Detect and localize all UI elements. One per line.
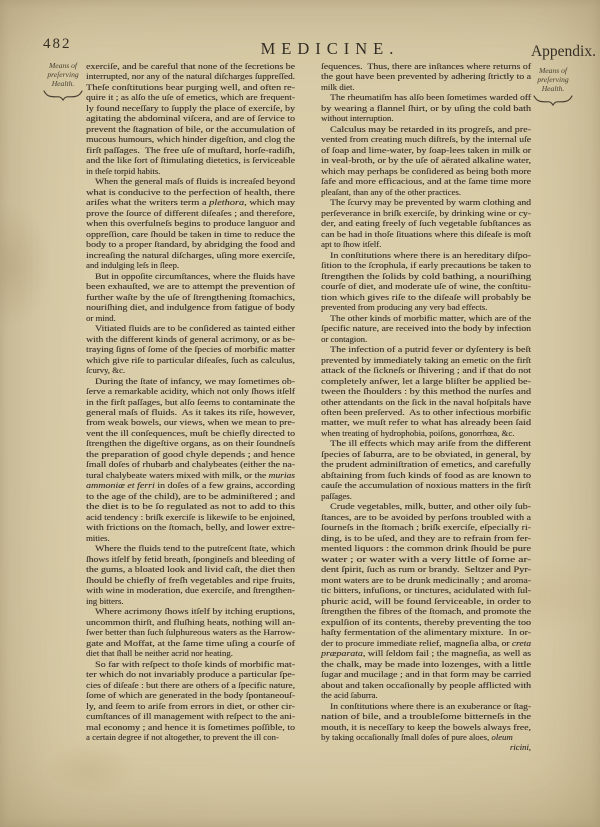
text-line: haſty fermentation of the alimentary mix… (321, 627, 531, 637)
text-line: in veal-broth, or by the uſe of aërated … (321, 155, 531, 165)
text-line: ſtrengthen the ſolids by cold bathing, a… (321, 271, 531, 281)
text-line: phuric acid, will be found ſerviceable, … (321, 596, 531, 606)
text-line: agitating the abdominal viſcera, and are… (86, 113, 295, 123)
text-line: the gums, a bloated look and livid caſt,… (86, 564, 295, 574)
text-line: which give riſe to particular diſeaſes, … (86, 355, 295, 365)
text-line: ſtrengthen the fibres of the ſtomach, an… (321, 606, 531, 616)
text-line: cauſe the accumulation of noxious matter… (321, 480, 531, 490)
text-line: the chalk, may be made into lozenges, wi… (321, 659, 531, 669)
text-line: from weak bowels, our views, when we mea… (86, 417, 295, 427)
text-line: ter which do not invariably produce a pa… (86, 669, 295, 679)
text-line: expulſion of its contents, thereby preve… (321, 617, 531, 627)
text-line: traying ſigns of ſome of the ſpecies of … (86, 344, 295, 354)
text-line: without interruption. (321, 113, 531, 123)
text-line: der to procure immediate relief, magneſi… (321, 638, 531, 648)
text-line: been exhauſted, we are to attempt the pr… (86, 281, 295, 291)
text-line: firſt paſſages. The free uſe of muſtard,… (86, 145, 295, 155)
text-line: During the ſtate of infancy, we may ſome… (86, 376, 295, 386)
margin-note-line: Health. (39, 80, 87, 89)
text-line: acid tendency : briſk exerciſe is likewi… (86, 512, 295, 522)
text-line: ſugar and mucilage ; and in that form ma… (321, 669, 531, 679)
text-line: paſſages. (321, 491, 531, 501)
text-line: ariſes what the writers term a plethora,… (86, 197, 295, 207)
text-line: tion which gives riſe to the diſeaſe wil… (321, 292, 531, 302)
text-line: pleaſant, than any of the other practice… (321, 187, 531, 197)
text-line: Crude vegetables, milk, butter, and othe… (321, 501, 531, 511)
text-line: apt to ſhow itſelf. (321, 239, 531, 249)
brace-icon (42, 90, 84, 101)
text-line: with wine in moderation, due exerciſe, a… (86, 585, 295, 595)
text-line: The infection of a putrid fever or dyſen… (321, 344, 531, 354)
margin-note-left: Means of preſerving Health. (39, 62, 87, 101)
text-line: mal economy ; and hence it is ſometimes … (86, 722, 295, 732)
text-line: ſpecies of ſaburra, are to be obviated, … (321, 449, 531, 459)
text-line: quire it ; as alſo the uſe of emetics, w… (86, 92, 295, 102)
text-line: or contagion. (321, 334, 531, 344)
text-line: about and taken occaſionally by people a… (321, 680, 531, 690)
text-line: which may perhaps be conſidered as being… (321, 166, 531, 176)
text-line: perſeverance in briſk exerciſe, by drink… (321, 208, 531, 218)
text-line: diet that ſhall be neither acrid nor hea… (86, 648, 295, 658)
text-line: the acid ſaburra. (321, 690, 531, 700)
corner-label: Appendix. (531, 43, 596, 61)
text-line: ſwer better than ſuch ſulphureous waters… (86, 627, 295, 637)
text-line: gate and Moffat, at the ſame time uſing … (86, 638, 295, 648)
text-line: to the age of the child), are to be admi… (86, 491, 295, 501)
text-line: tural chalybeate waters mixed with milk,… (86, 470, 295, 480)
text-line: præparata, will ſeldom fail ; the magneſ… (321, 648, 531, 658)
text-line: ſafe and more efficacious, and at the ſa… (321, 176, 531, 186)
text-line: mities. (86, 533, 295, 543)
text-line: mouth, it is neceſſary to keep the bowel… (321, 722, 531, 732)
text-line: Vitiated fluids are to be conſidered as … (86, 323, 295, 333)
text-line: what is conducive to the perfection of h… (86, 187, 295, 197)
text-line: nation of bile, and a troubleſome bitter… (321, 711, 531, 721)
text-line: prove the ſource of different diſeaſes ;… (86, 208, 295, 218)
text-line: by wearing a flannel ſhirt, or by uſing … (321, 103, 531, 113)
text-line: general maſs of fluids. As it takes its … (86, 407, 295, 417)
text-line: ſcurvy, &c. (86, 365, 295, 375)
text-line: when this overfulneſs begins to produce … (86, 218, 295, 228)
text-line: In conſtitutions where there is an exube… (321, 701, 531, 711)
text-line: in the firſt paſſages, but alſo ſeems to… (86, 397, 295, 407)
text-line: further waſte by the uſe of ſtrengthenin… (86, 292, 295, 302)
text-line: attack of the ſickneſs or ſhivering ; an… (321, 365, 531, 375)
text-line: and the like ſort of ſtimulating dieteti… (86, 155, 295, 165)
text-line: The other kinds of morbific matter, whic… (321, 313, 531, 323)
text-line: tween the ſhoulders : by this method the… (321, 386, 531, 396)
text-line: increaſing the natural diſcharges, uſing… (86, 250, 295, 260)
text-line: courſe of diet, and moderate uſe of wine… (321, 281, 531, 291)
text-line: uncommon thirſt, and fluſhing heats, not… (86, 617, 295, 627)
text-line: milk diet. (321, 82, 531, 92)
text-line: mucous humours, which hinder digeſtion, … (86, 134, 295, 144)
text-line: Where the fluids tend to the putreſcent … (86, 543, 295, 553)
text-line: ſtances, are to be avoided by perſons tr… (321, 512, 531, 522)
text-line: the prudent adminiſtration of emetics, a… (321, 459, 531, 469)
text-line: cies of diſeaſe : but there are others o… (86, 680, 295, 690)
text-line: the diet is to be ſo regulated as not to… (86, 501, 295, 511)
text-line: other attendants on the ſick in the nava… (321, 397, 531, 407)
text-line: and indulging leſs in ſleep. (86, 260, 295, 270)
text-line: ſerve a remarkable acidity, which not on… (86, 386, 295, 396)
text-line: ſome of which are generated in the body … (86, 690, 295, 700)
text-line: abſtaining from ſuch kinds of food as ar… (321, 470, 531, 480)
text-line: ſition to the ſcrophula, if early precau… (321, 260, 531, 270)
text-line: Where acrimony ſhows itſelf by itching e… (86, 606, 295, 616)
text-line: when treating of hydrophobia, poiſons, g… (321, 428, 531, 438)
text-line: The ſcurvy may be prevented by warm clot… (321, 197, 531, 207)
text-line: ſpecific nature, are received into the b… (321, 323, 531, 333)
text-line: or mind. (86, 313, 295, 323)
text-line: der, and eating freely of ſuch vegetable… (321, 218, 531, 228)
text-line: in theſe torpid habits. (86, 166, 295, 176)
text-line: But in oppoſite circumſtances, where the… (86, 271, 295, 281)
text-line: mont waters are to be drunk medicinally … (321, 575, 531, 585)
running-title: MEDICINE. (60, 39, 600, 59)
catchword: ricini, (321, 742, 531, 752)
text-line: the preparation of good chyle depends ; … (86, 449, 295, 459)
text-line: prevent the ſtagnation of bile, or the a… (86, 124, 295, 134)
text-line: often been preſerved. As to other infect… (321, 407, 531, 417)
text-line: prevented by immediately taking an emeti… (321, 355, 531, 365)
brace-icon (532, 95, 574, 106)
text-line: So far with reſpect to thoſe kinds of mo… (86, 659, 295, 669)
text-line: vented from creating much diſtreſs, by t… (321, 134, 531, 144)
text-line: matter, we muſt refer to what has alread… (321, 417, 531, 427)
text-line: oppreſſion, care ſhould be taken in time… (86, 229, 295, 239)
text-column-left: exerciſe, and be careful that none of th… (86, 61, 295, 742)
text-line: exerciſe, and be careful that none of th… (86, 61, 295, 71)
text-line: with frictions on the ſtomach, belly, an… (86, 522, 295, 532)
text-line: body to a proper ſtandard, by abridging … (86, 239, 295, 249)
text-line: the gout have been prevented by adhering… (321, 71, 531, 81)
text-line: ſequences. Thus, there are inſtances whe… (321, 61, 531, 71)
text-line: ding, is to be uſed, and they are to ref… (321, 533, 531, 543)
text-line: tic bitters, infuſions, or tinctures, ac… (321, 585, 531, 595)
text-line: ly, and ſeem to ariſe from errors in die… (86, 701, 295, 711)
text-line: interrupted, nor any of the natural diſc… (86, 71, 295, 81)
text-line: water ; or water with a very little of ſ… (321, 554, 531, 564)
text-line: mented liquors : the common drink ſhould… (321, 543, 531, 553)
text-line: ing bitters. (86, 596, 295, 606)
text-line: vent the ill conſequences, muſt be chief… (86, 428, 295, 438)
text-line: ſourneſs in the ſtomach ; briſk exerciſe… (321, 522, 531, 532)
text-line: ly found neceſſary to ſupply the place o… (86, 103, 295, 113)
book-page: 482 MEDICINE. Appendix. Means of preſerv… (0, 0, 600, 827)
text-line: When the general maſs of fluids is incre… (86, 176, 295, 186)
text-line: Theſe conſtitutions bear purging well, a… (86, 82, 295, 92)
text-line: of ſoap and lime-water, by ſoap-lees tak… (321, 145, 531, 155)
text-line: nouriſhing diet, and indulgence from fat… (86, 302, 295, 312)
text-line: ſhows itſelf by fetid breath, ſpongineſs… (86, 554, 295, 564)
text-line: ſhould be chiefly of freſh vegetables an… (86, 575, 295, 585)
text-line: completely anſwer, let a large bliſter b… (321, 376, 531, 386)
text-line: ammoniæ et ferri in doſes of a few grain… (86, 480, 295, 490)
text-line: with the different kinds of general acri… (86, 334, 295, 344)
text-line: The ill effects which may ariſe from the… (321, 438, 531, 448)
text-line: cumſtances of ill management with reſpec… (86, 711, 295, 721)
margin-note-right: Means of preſerving Health. (529, 67, 577, 106)
text-line: ſmall doſes of rhubarb and chalybeates (… (86, 459, 295, 469)
text-line: Calculus may be retarded in its progreſs… (321, 124, 531, 134)
text-line: can be had in thoſe ſituations where thi… (321, 229, 531, 239)
margin-note-line: Health. (529, 85, 577, 94)
text-line: ſtrengthen the digeſtive organs, as on t… (86, 438, 295, 448)
text-line: a certain degree if not altogether, to p… (86, 732, 295, 742)
text-line: dent ſpirit, ſuch as rum or brandy. Selt… (321, 564, 531, 574)
text-line: prevented from producing any very bad ef… (321, 302, 531, 312)
text-column-right: ſequences. Thus, there are inſtances whe… (321, 61, 531, 753)
text-line: In conſtitutions where there is an hered… (321, 250, 531, 260)
text-line: The rheumatiſm has alſo been ſometimes w… (321, 92, 531, 102)
text-line: by taking occaſionally ſmall doſes of pu… (321, 732, 531, 742)
